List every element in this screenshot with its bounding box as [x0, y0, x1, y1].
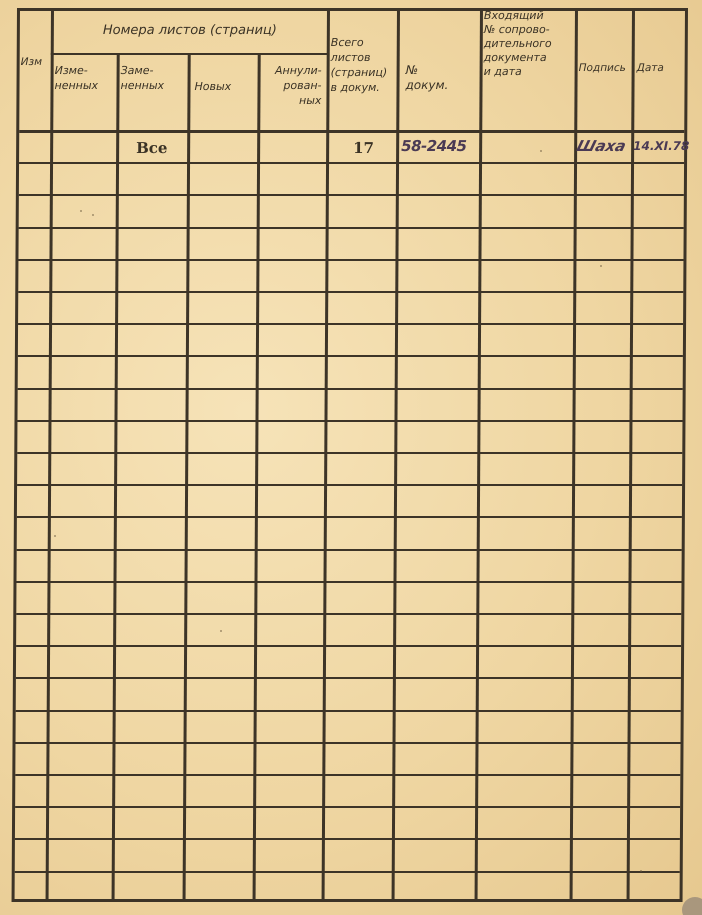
table-row-line: [19, 227, 684, 229]
table-row-line: [17, 452, 682, 454]
paper-speck: [540, 150, 542, 152]
header-novyh: Новых: [194, 79, 254, 94]
table-row-line: [15, 871, 680, 873]
table-row-line: [15, 806, 680, 808]
table-row-line: [17, 484, 682, 486]
header-izm: Изм: [21, 55, 51, 70]
column-divider: [392, 11, 400, 899]
header-data: Дата: [637, 61, 687, 76]
table-row-line: [16, 742, 681, 744]
header-group-label: Номера листов (страниц): [53, 23, 327, 38]
header-vhodyashchiy: Входящий № сопрово- дительного документа…: [484, 9, 574, 79]
table-row-line: [18, 355, 683, 357]
paper-speck: [220, 630, 222, 632]
header-izmenennyh: Изме- ненных: [54, 63, 114, 93]
row-1-nomer-dokum: 58-2445: [401, 137, 466, 155]
header-zamenennyh: Заме- ненных: [120, 63, 186, 93]
table-row-line: [15, 838, 680, 840]
table-row-line: [18, 291, 683, 293]
header-nomer-dokum: № докум.: [399, 63, 477, 93]
table-row-line: [16, 710, 681, 712]
corner-stain: [682, 897, 702, 915]
table-row-line: [15, 774, 680, 776]
table-row-line: [19, 194, 684, 196]
column-divider: [475, 11, 483, 899]
row-1-podpis-signature: Шаха: [575, 137, 628, 155]
header-bottom-line: [19, 130, 684, 133]
column-divider: [183, 54, 191, 899]
paper-speck: [600, 265, 602, 267]
paper-speck: [92, 214, 94, 216]
table-row-line: [16, 581, 681, 583]
group-header-divider: [51, 53, 329, 55]
paper-speck: [54, 535, 56, 537]
header-annulirovannyh: Аннули- рован- ных: [263, 63, 325, 108]
column-divider: [322, 11, 330, 899]
change-registration-sheet: Номера листов (страниц) Изм Изме- ненных…: [12, 8, 688, 902]
table-row-line: [16, 677, 681, 679]
row-1-vsego: 17: [353, 139, 374, 157]
column-divider: [112, 54, 120, 899]
table-row-line: [19, 162, 684, 164]
header-vsego: Всего листов (страниц) в докум.: [330, 35, 396, 95]
table-row-line: [18, 323, 683, 325]
paper-speck: [640, 870, 642, 872]
table-row-line: [17, 420, 682, 422]
header-podpis: Подпись: [579, 61, 633, 76]
row-1-zamenennyh: Все: [136, 139, 167, 157]
table-row-line: [18, 388, 683, 390]
column-divider: [253, 54, 261, 899]
column-divider: [46, 11, 54, 899]
row-1-data: 14.XI.78: [633, 139, 689, 153]
table-row-line: [17, 549, 682, 551]
table-row-line: [17, 516, 682, 518]
table-row-line: [16, 645, 681, 647]
column-divider: [570, 11, 578, 899]
paper-speck: [80, 210, 82, 212]
table-row-line: [16, 613, 681, 615]
table-row-line: [18, 259, 683, 261]
